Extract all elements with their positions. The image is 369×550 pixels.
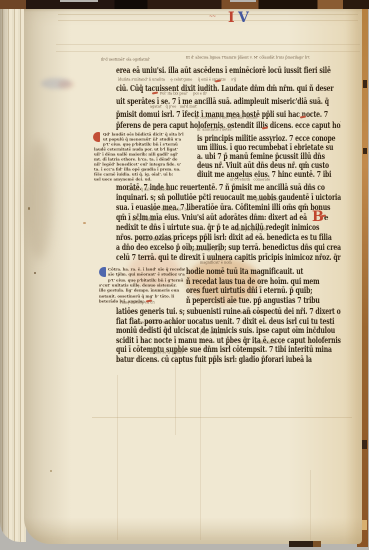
blue-paraph-mark	[99, 267, 106, 277]
marginal-gloss-line: nil' legēd' benedicet' eul' integra fide…	[94, 162, 186, 166]
top-gloss-right: Et d' abscisa lignea t'tiamris p̄lāont v…	[186, 56, 310, 60]
interlinear-gloss: īt'itū mīabat' d's	[255, 341, 284, 345]
backdrop-notch	[230, 0, 256, 2]
interlinear-gloss: oziaz pn̄cps pop'li	[235, 228, 267, 232]
manuscript-photo: ~~ I V ib'd uestimēt' oīa ogstlatml' Et …	[0, 0, 369, 550]
running-title-numeral-red: I	[228, 11, 235, 25]
fore-edge-highlight	[362, 520, 367, 530]
marginal-gloss-line: Cōtra. ha. ra. ē. ī laud' uīe q̄ recedat…	[108, 267, 185, 271]
backdrop-notch	[60, 0, 98, 2]
ruling-line	[117, 375, 118, 540]
interlinear-gloss: achior couertit' ad fidē	[240, 311, 280, 315]
ruling-line	[200, 340, 201, 540]
marginal-gloss-line: fēie carnē īuidia. uti q̄. ig. oīal'. uī…	[94, 172, 186, 176]
ruling-line	[92, 417, 352, 418]
speck	[28, 207, 30, 210]
ink-showthrough	[58, 80, 74, 89]
interlinear-gloss: gaudēs ī dn̄o	[255, 198, 278, 202]
column-text-line: ñ pepercisti aīe tue. pp̄ angustias 7 tr…	[186, 296, 342, 307]
ruling-line	[310, 470, 311, 540]
top-gloss-left: ib'd uestimēt' oīa ogstlatml'	[101, 58, 150, 62]
running-title-numeral-blue: V	[238, 11, 249, 25]
marginal-gloss-line: laudē ceternitatē nuda por. ut b'l ligat…	[94, 147, 186, 151]
marginal-gloss-line: uel uoce amynemē dei. ud.	[94, 177, 186, 181]
marginal-gloss-line: s'cut' uultatis uillę. denuo sistemūr.	[99, 283, 184, 287]
fore-edge-blotch	[363, 80, 367, 88]
speck	[34, 272, 36, 274]
interlinear-gloss: magnificat' ē nom̄	[200, 261, 232, 265]
ruling-line	[56, 51, 360, 52]
interlinear-gloss: agatat' q̄ p'ee ual'd mut'	[150, 105, 197, 109]
marginal-gloss-line: ta. ī ecc'a fid' illa opē gaudia ī prem.…	[94, 167, 186, 171]
header-flourish: ~~	[209, 15, 216, 19]
interlinear-gloss: Pol' ita lxx psal' poi e ib'	[160, 92, 207, 96]
marginal-gloss-line: aīe tp̄lm. qui mēorant' ē studioz u'a	[108, 272, 185, 276]
interlinear-gloss: ulcisc'ret' se d' inimicis	[135, 321, 177, 325]
text-line: ciū. Cūq̄ tacuissent dixit iudith. Lauda…	[116, 84, 341, 95]
interlinear-gloss: ill' ānūciatis f'uētes	[197, 128, 231, 132]
interlinear-gloss: iubere se d' gladio	[150, 351, 183, 355]
page-edge-stack	[0, 8, 26, 542]
fore-edge-blotch	[363, 148, 367, 154]
ruling-line	[58, 20, 358, 21]
marginal-gloss-line: mt̄. dī latria ethore. h'ca. ta. ī dēnd'…	[94, 157, 186, 161]
marginal-gloss-line: Qd' laudāt oēs bn̄dictā dicit' q̄ sita b…	[103, 132, 187, 136]
text-line: batur dicens. cū captus fuit pp̄ls isrl̄…	[116, 355, 341, 366]
interlinear-gloss: p'bes ut'q̄ ita ē	[200, 331, 226, 335]
marginal-gloss-line: p't' eius. quę p'bitatib; bn̄ ī s'ternū	[103, 142, 187, 146]
interlinear-gloss: s. dš. q' b'ndixit te	[128, 218, 161, 222]
speck	[83, 222, 86, 224]
marginal-gloss-line: notauit. ossetinorū q̄ mg' b' tāto. li	[99, 294, 184, 298]
interlinear-gloss: ill' circūdatis s'uiēt' metuās nemas	[195, 116, 258, 120]
ruling-line	[56, 44, 360, 45]
interlinear-gloss: os mīe q̄ ual' sn̄ macula	[128, 188, 172, 192]
marginal-gloss-line: p't' eius. quę p'bitatib; bn̄ ī g'ternū	[108, 278, 185, 282]
marginal-gloss-line: ille gestula. lig' demps. īnumeris eun	[99, 288, 184, 292]
marginal-gloss-line: uil' ī dēna uallē maiorib; nili gadil' a…	[94, 152, 186, 156]
ruling-line	[58, 14, 358, 15]
interlinear-gloss: b'ndc̄s dn̄s creator	[140, 238, 173, 242]
text-line: erea eā uniu'si. illa aūt ascēdens ī emi…	[116, 66, 341, 77]
binding-mark	[313, 541, 321, 547]
marginal-gloss-line: ut populū q̄ menoraūt' n̄l' studiū u'a	[103, 137, 187, 141]
red-paraph-mark	[93, 132, 100, 142]
fore-edge-blotch	[362, 440, 367, 449]
book-binding-edge	[0, 0, 369, 9]
interlinear-gloss: ul'o i'etnith cōmorātē	[230, 178, 270, 182]
interlinear-gloss: ī uuln'a cap'. p̄cip'	[190, 248, 222, 252]
speck	[50, 470, 52, 472]
interlinear-gloss: uult' dixerūt oēs bn̄	[150, 208, 189, 212]
page-crease-shadow	[26, 140, 52, 260]
